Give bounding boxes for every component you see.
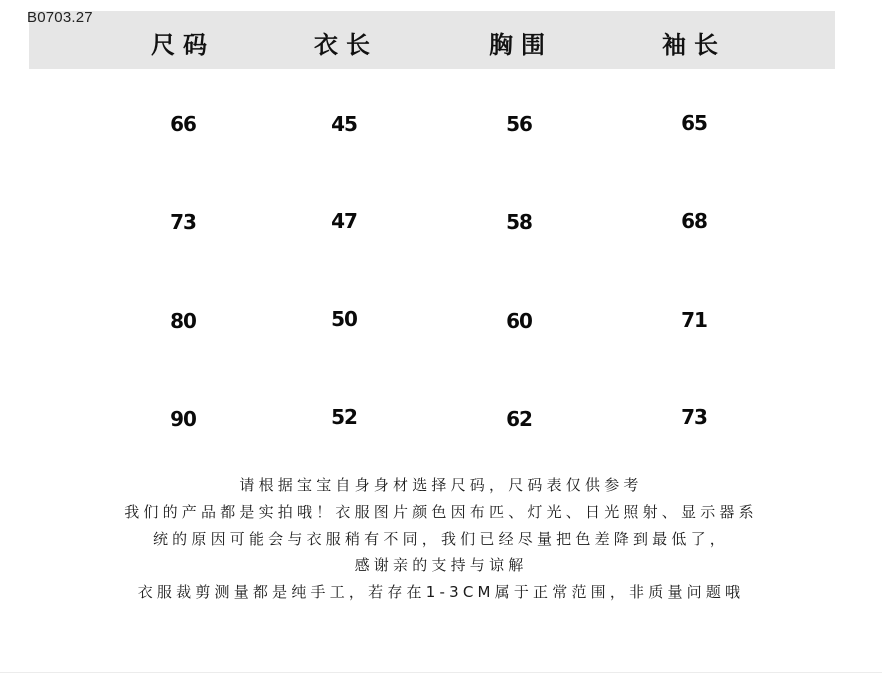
size-notes: 请根据宝宝自身身材选择尺码，尺码表仅供参考 我们的产品都是实拍哦！衣服图片颜色因…: [0, 472, 882, 606]
table-cell-length: 52: [304, 405, 384, 429]
note-line-thanks: 感谢亲的支持与谅解: [0, 552, 882, 579]
table-cell-sleeve: 73: [654, 405, 734, 429]
table-cell-chest: 62: [479, 407, 559, 431]
note-line-measurement-tolerance: 衣服裁剪测量都是纯手工，若存在1-3CM属于正常范围，非质量问题哦: [0, 579, 882, 606]
note-line-reference: 请根据宝宝自身身材选择尺码，尺码表仅供参考: [0, 472, 882, 499]
table-cell-chest: 58: [479, 210, 559, 234]
table-cell-sleeve: 71: [654, 308, 734, 332]
bottom-divider: [0, 672, 882, 673]
table-cell-size: 90: [143, 407, 223, 431]
table-cell-length: 47: [304, 209, 384, 233]
table-cell-size: 66: [143, 112, 223, 136]
table-cell-sleeve: 68: [654, 209, 734, 233]
table-cell-chest: 60: [479, 309, 559, 333]
table-cell-length: 45: [304, 112, 384, 136]
table-cell-length: 50: [304, 307, 384, 331]
table-cell-size: 73: [143, 210, 223, 234]
column-header-length: 衣长: [276, 25, 416, 60]
column-header-sleeve: 袖长: [624, 25, 764, 60]
column-header-chest: 胸围: [451, 25, 591, 60]
table-cell-chest: 56: [479, 112, 559, 136]
table-cell-sleeve: 65: [654, 111, 734, 135]
product-code: B0703.27: [27, 9, 93, 26]
table-cell-size: 80: [143, 309, 223, 333]
note-line-photo-color: 我们的产品都是实拍哦！衣服图片颜色因布匹、灯光、日光照射、显示器系: [0, 499, 882, 526]
note-line-color-difference: 统的原因可能会与衣服稍有不同，我们已经尽量把色差降到最低了，: [0, 526, 882, 553]
column-header-size: 尺码: [113, 25, 253, 60]
